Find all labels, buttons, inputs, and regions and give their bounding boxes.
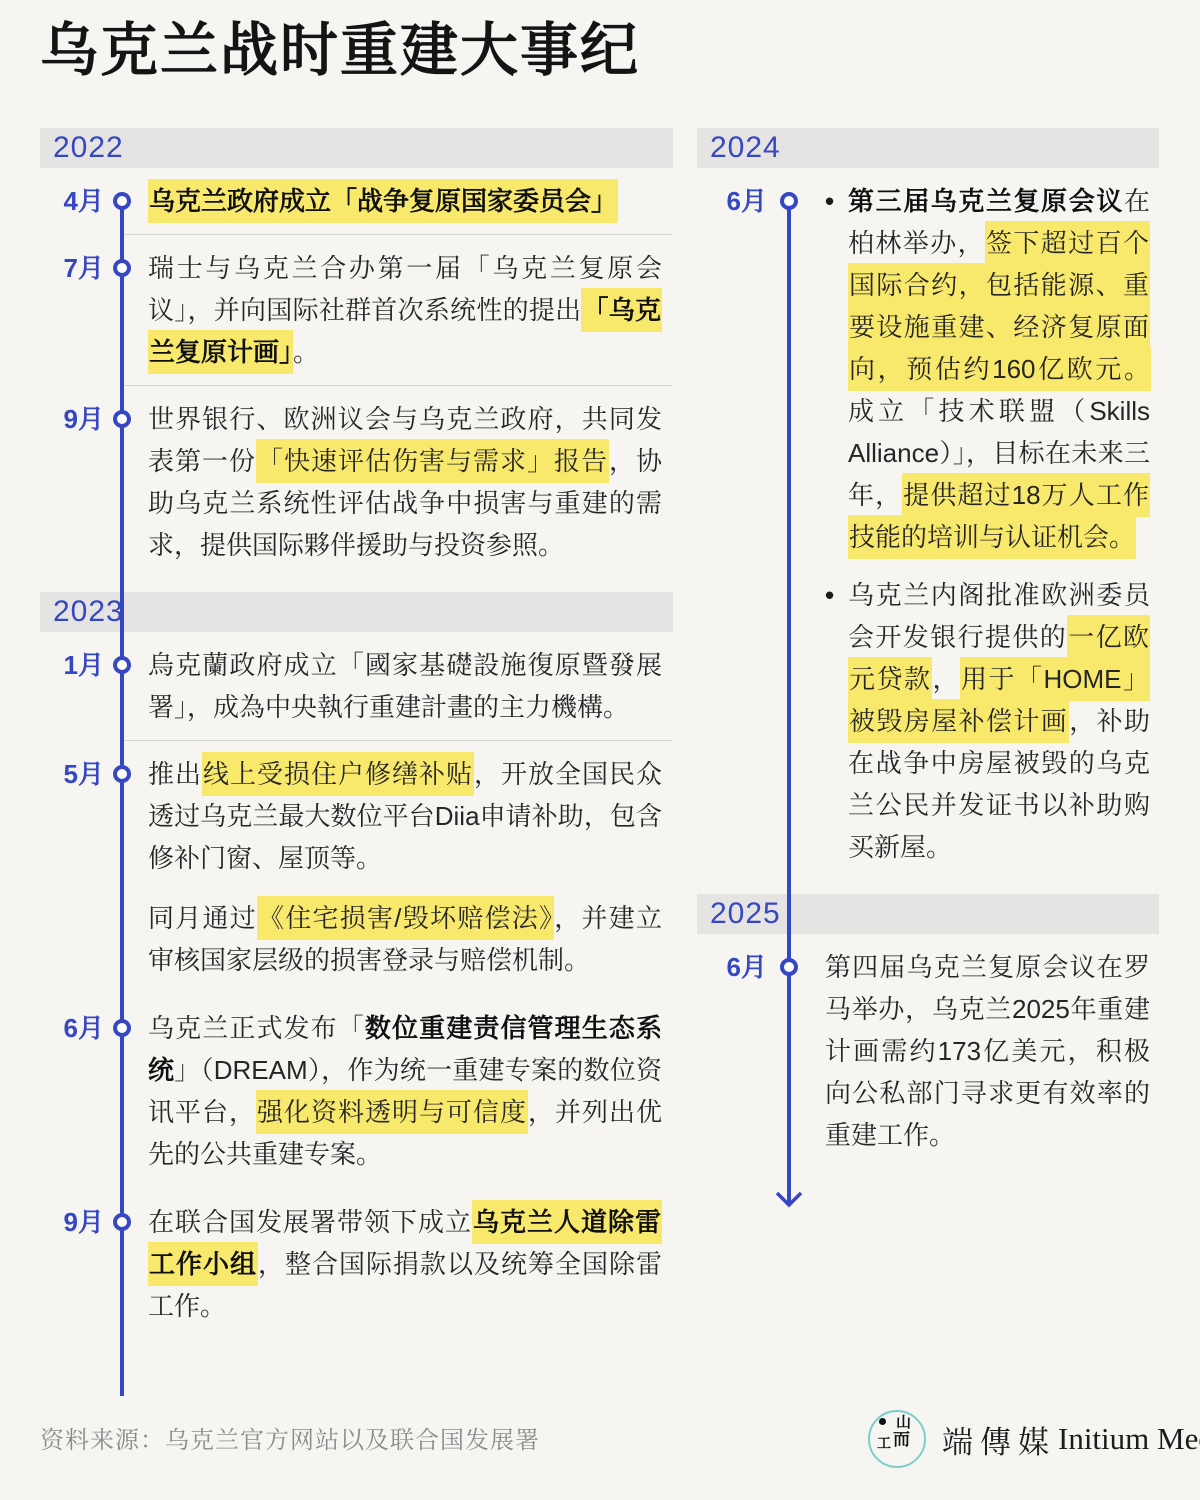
- timeline-entry: 7月瑞士与乌克兰合办第一届「乌克兰复原会议」，并向国际社群首次系统性的提出「乌克…: [40, 247, 673, 373]
- timeline-node-icon: [780, 192, 798, 210]
- page-title: 乌克兰战时重建大事纪: [40, 16, 640, 86]
- text-run: 第四届乌克兰复原会议在罗马举办，乌克兰2025年重建计画需约173亿美元，积极向…: [825, 952, 1150, 1150]
- divider: [122, 234, 673, 235]
- bullet-icon: •: [825, 180, 834, 222]
- entry-paragraph: 世界银行、欧洲议会与乌克兰政府，共同发表第一份「快速评估伤害与需求」报告，协助乌…: [148, 398, 662, 566]
- timeline-entry: 4月乌克兰政府成立「战争复原国家委员会」: [40, 180, 673, 222]
- poster: 乌克兰战时重建大事纪 20224月乌克兰政府成立「战争复原国家委员会」7月瑞士与…: [0, 0, 1200, 1500]
- brand: 山 而 工 端傳媒 Initium Media: [868, 1410, 1200, 1468]
- month-label: 1月: [40, 644, 104, 686]
- timeline-node-icon: [113, 1019, 131, 1037]
- timeline-right-content: 20246月•第三届乌克兰复原会议在柏林举办，签下超过百个国际合约，包括能源、重…: [697, 128, 1159, 1156]
- entry-paragraph: 烏克蘭政府成立「國家基礎設施復原暨發展署」，成為中央執行重建計畫的主力機構。: [148, 644, 662, 728]
- month-label: 9月: [40, 1201, 104, 1243]
- entry-paragraph: 推出线上受损住户修缮补贴，开放全国民众透过乌克兰最大数位平台Diia申请补助，包…: [148, 753, 662, 879]
- divider: [122, 740, 673, 741]
- month-label: 4月: [40, 180, 104, 222]
- text-run: 第三届乌克兰复原会议: [848, 186, 1124, 216]
- month-label: 7月: [40, 247, 104, 289]
- timeline-node-icon: [113, 1213, 131, 1231]
- year-label: 2024: [710, 131, 781, 165]
- month-label: 9月: [40, 398, 104, 440]
- text-run: 「快速评估伤害与需求」报告: [256, 439, 609, 483]
- text-run: ，: [932, 664, 960, 694]
- month-label: 5月: [40, 753, 104, 795]
- timeline-node-icon: [113, 410, 131, 428]
- text-run: 强化资料透明与可信度: [256, 1090, 528, 1134]
- timeline-entry: 6月•第三届乌克兰复原会议在柏林举办，签下超过百个国际合约，包括能源、重要设施重…: [697, 180, 1159, 868]
- year-label: 2025: [710, 897, 781, 931]
- entry-paragraph: 在联合国发展署带领下成立乌克兰人道除雷工作小组，整合国际捐款以及统筹全国除雷工作…: [148, 1201, 662, 1327]
- entry-paragraph: •第三届乌克兰复原会议在柏林举办，签下超过百个国际合约，包括能源、重要设施重建、…: [825, 180, 1150, 558]
- timeline-column-left: 20224月乌克兰政府成立「战争复原国家委员会」7月瑞士与乌克兰合办第一届「乌克…: [40, 128, 673, 1353]
- timeline-node-icon: [780, 958, 798, 976]
- entry-paragraph: 第四届乌克兰复原会议在罗马举办，乌克兰2025年重建计画需约173亿美元，积极向…: [825, 946, 1150, 1156]
- timeline-entry: 9月世界银行、欧洲议会与乌克兰政府，共同发表第一份「快速评估伤害与需求」报告，协…: [40, 398, 673, 566]
- source-note: 资料来源：乌克兰官方网站以及联合国发展署: [40, 1420, 540, 1455]
- text-run: 线上受损住户修缮补贴: [202, 752, 474, 796]
- month-label: 6月: [40, 1007, 104, 1049]
- timeline-entry: 6月第四届乌克兰复原会议在罗马举办，乌克兰2025年重建计画需约173亿美元，积…: [697, 946, 1159, 1156]
- text-run: 烏克蘭政府成立「國家基礎設施復原暨發展署」，成為中央執行重建計畫的主力機構。: [148, 650, 662, 722]
- entry-paragraph: •乌克兰内阁批准欧洲委员会开发银行提供的一亿欧元贷款，用于「HOME」被毁房屋补…: [825, 574, 1150, 868]
- timeline-entry: 6月乌克兰正式发布「数位重建责信管理生态系统」（DREAM），作为统一重建专案的…: [40, 1007, 673, 1175]
- text-run: 在联合国发展署带领下成立: [148, 1207, 472, 1237]
- logo-glyph: 山: [896, 1415, 911, 1430]
- logo-dot: [879, 1418, 886, 1425]
- entry-paragraph: 乌克兰正式发布「数位重建责信管理生态系统」（DREAM），作为统一重建专案的数位…: [148, 1007, 662, 1175]
- timeline-entry: 1月烏克蘭政府成立「國家基礎設施復原暨發展署」，成為中央執行重建計畫的主力機構。: [40, 644, 673, 728]
- timeline-entry: 5月推出线上受损住户修缮补贴，开放全国民众透过乌克兰最大数位平台Diia申请补助…: [40, 753, 673, 981]
- timeline-left-content: 20224月乌克兰政府成立「战争复原国家委员会」7月瑞士与乌克兰合办第一届「乌克…: [40, 128, 673, 1327]
- entry-paragraph: 瑞士与乌克兰合办第一届「乌克兰复原会议」，并向国际社群首次系统性的提出「乌克兰复…: [148, 247, 662, 373]
- entry-paragraph: 同月通过《住宅损害/毁坏赔偿法》，并建立审核国家层级的损害登录与赔偿机制。: [148, 897, 662, 981]
- year-label: 2022: [53, 131, 124, 165]
- month-label: 6月: [697, 180, 767, 222]
- text-run: 推出: [148, 759, 202, 789]
- timeline-entry: 9月在联合国发展署带领下成立乌克兰人道除雷工作小组，整合国际捐款以及统筹全国除雷…: [40, 1201, 673, 1327]
- timeline-line: [787, 200, 791, 1204]
- arrow-down-icon: [774, 1190, 804, 1208]
- logo-glyph: 而: [893, 1431, 910, 1448]
- timeline-node-icon: [113, 192, 131, 210]
- entry-paragraph: 乌克兰政府成立「战争复原国家委员会」: [148, 180, 662, 222]
- text-run: 乌克兰正式发布「: [148, 1013, 365, 1043]
- logo-glyph: 工: [877, 1436, 891, 1450]
- bullet-icon: •: [825, 574, 834, 616]
- year-label: 2023: [53, 595, 124, 629]
- year-band: 2023: [40, 592, 673, 632]
- divider: [122, 385, 673, 386]
- brand-name-en: Initium Media: [1058, 1421, 1200, 1457]
- year-band: 2022: [40, 128, 673, 168]
- timeline-node-icon: [113, 765, 131, 783]
- text-run: 《住宅损害/毁坏赔偿法》: [257, 896, 554, 940]
- timeline-node-icon: [113, 259, 131, 277]
- brand-name-cjk: 端傳媒: [942, 1417, 1056, 1462]
- text-run: 同月通过: [148, 903, 257, 933]
- initium-logo-icon: 山 而 工: [868, 1410, 926, 1468]
- year-band: 2025: [697, 894, 1159, 934]
- timeline-node-icon: [113, 656, 131, 674]
- year-band: 2024: [697, 128, 1159, 168]
- text-run: 乌克兰政府成立「战争复原国家委员会」: [148, 179, 618, 223]
- text-run: 。: [293, 337, 319, 367]
- month-label: 6月: [697, 946, 767, 988]
- timeline-column-right: 20246月•第三届乌克兰复原会议在柏林举办，签下超过百个国际合约，包括能源、重…: [697, 128, 1159, 1182]
